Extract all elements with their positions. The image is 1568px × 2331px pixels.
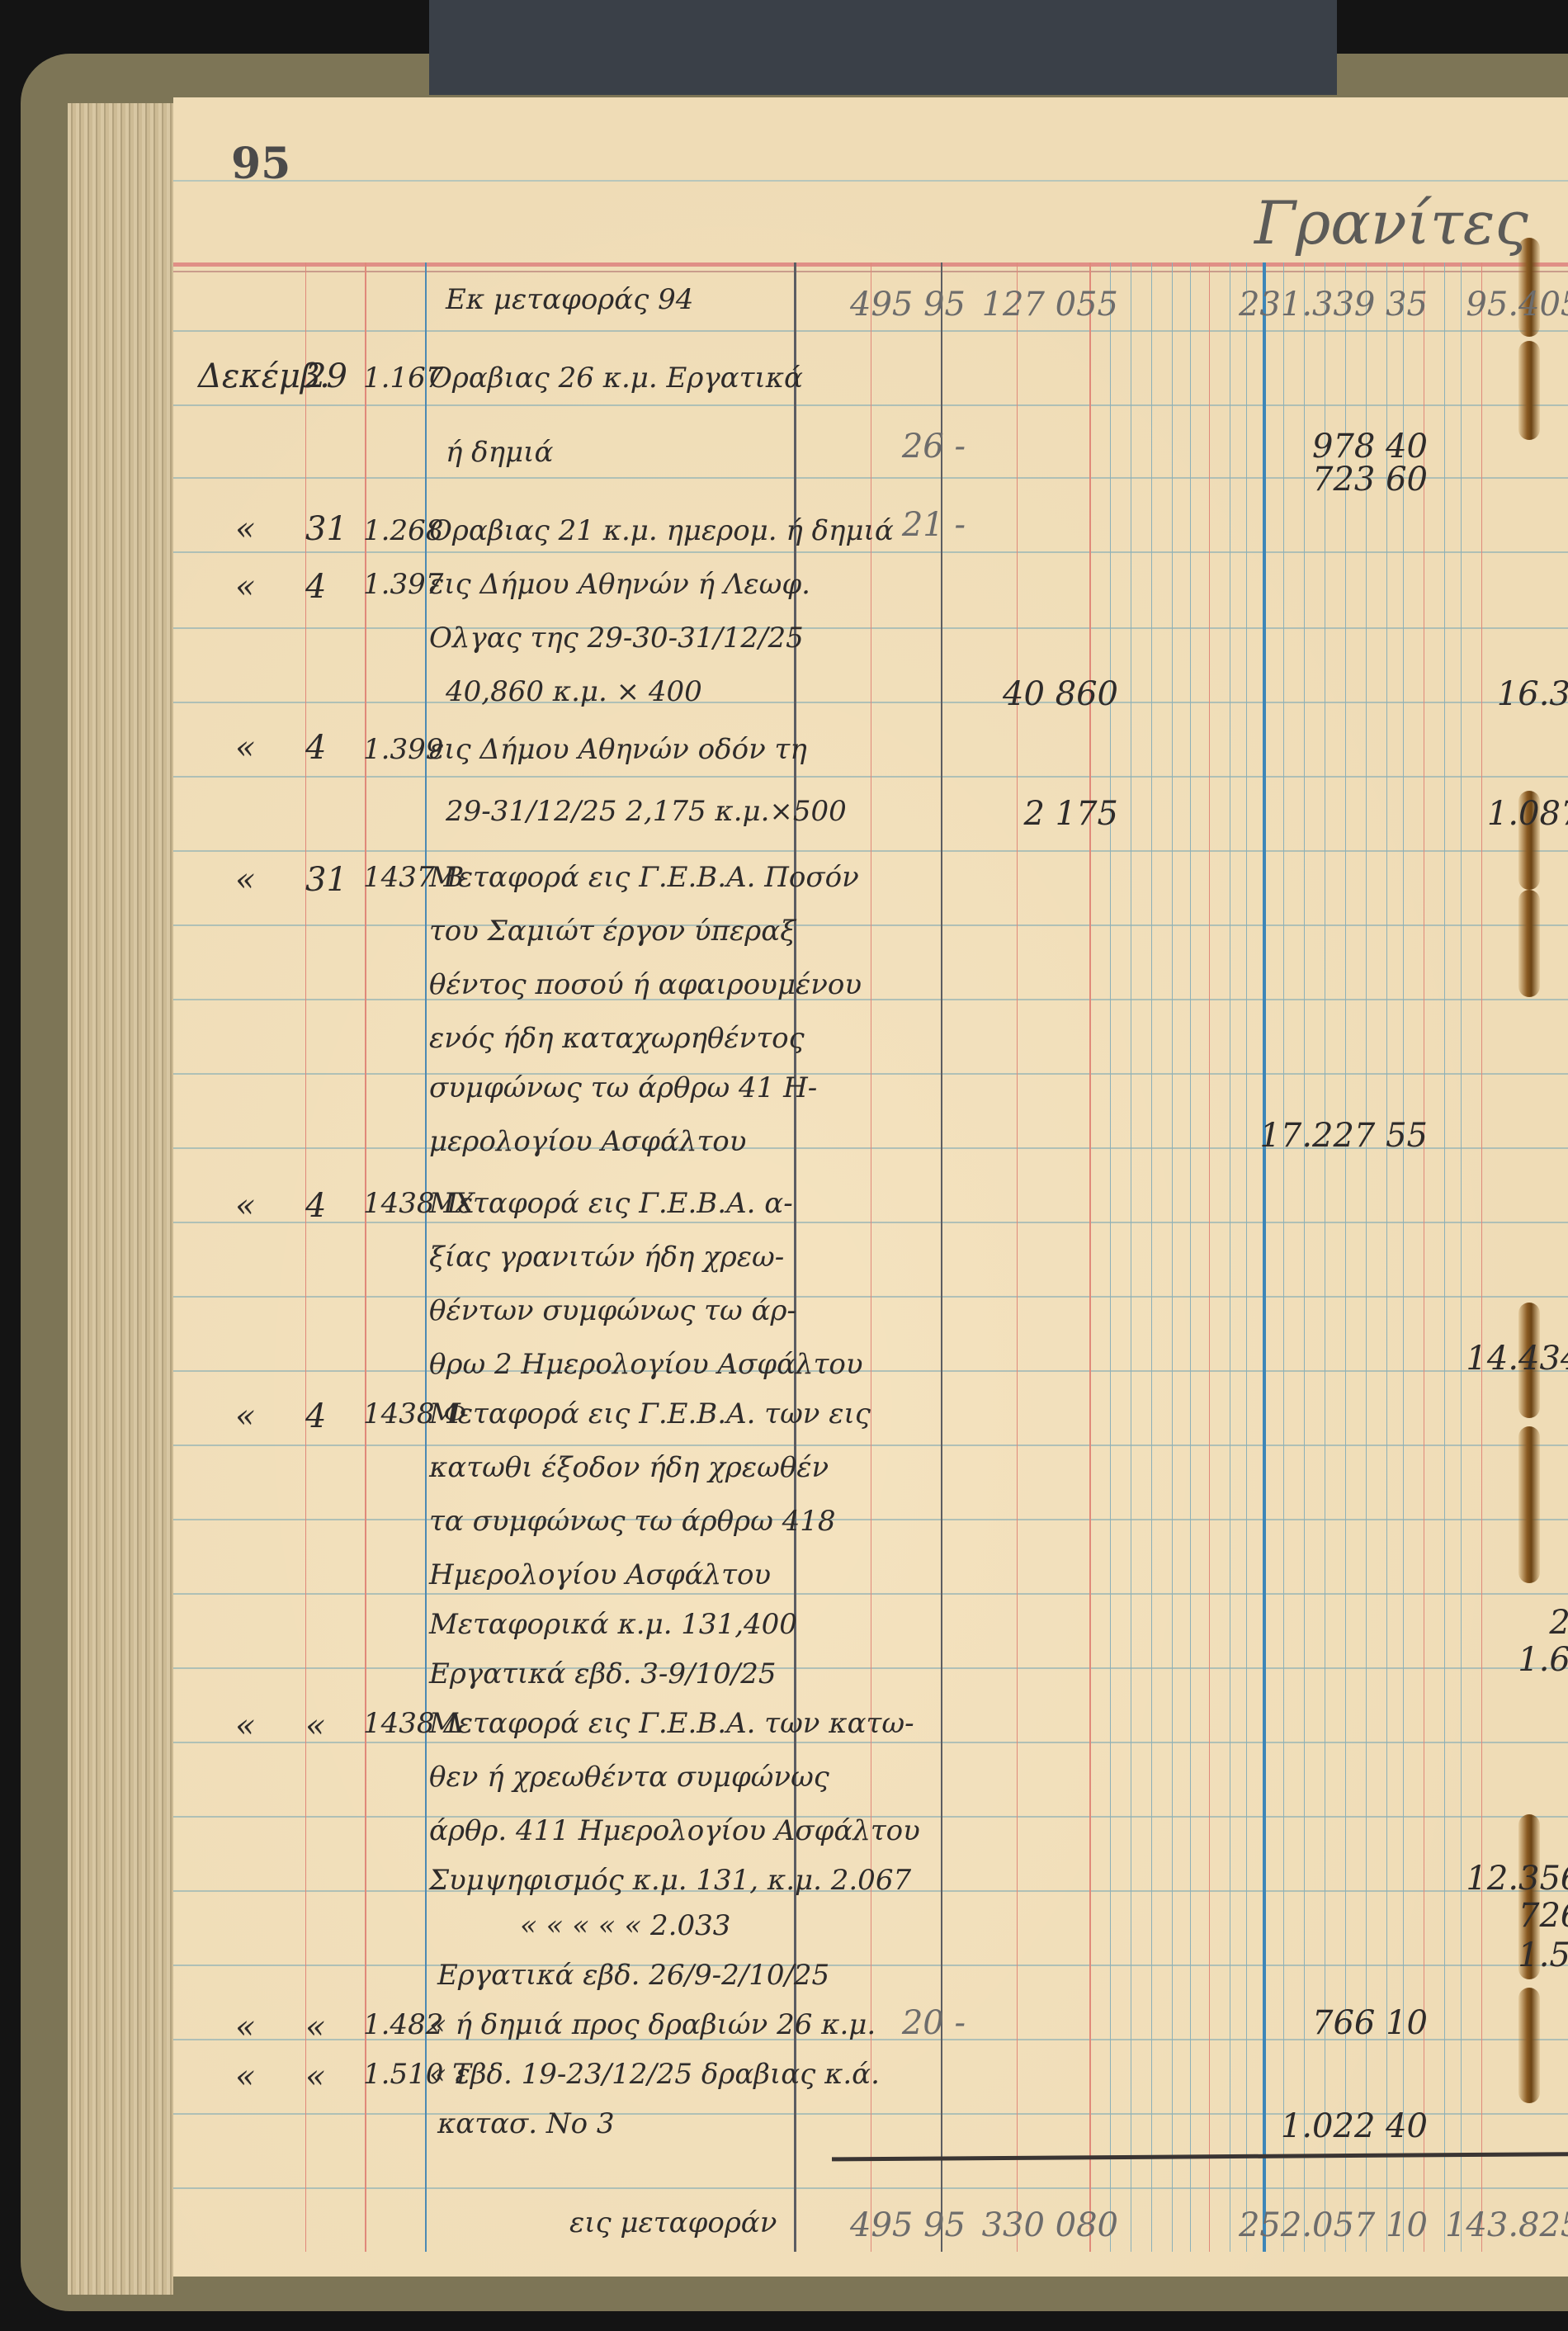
carried-forward-col-a: 495 95	[817, 286, 966, 324]
entry-desc-line: συμφώνως τω άρθρω 41 Η-	[429, 1071, 817, 1104]
entry-month: «	[235, 861, 255, 899]
page-edges	[68, 103, 173, 2295]
entry-col-b: 40 860	[961, 675, 1118, 713]
entry-col-d: 1.087 50	[1444, 795, 1568, 833]
entry-desc-line: « ή δημιά προς δραβιών 26 κ.μ.	[429, 2008, 876, 2041]
entry-desc-line: Εργατικά εβδ. 3-9/10/25	[429, 1657, 776, 1690]
totals-label: εις μεταφοράν	[569, 2206, 777, 2239]
entry-day: 29	[305, 357, 347, 395]
entry-desc-line: εις Δήμου Αθηνών οδόν τη	[429, 733, 807, 766]
entry-desc-line: Ολγας της 29-30-31/12/25	[429, 622, 804, 655]
entry-desc-line: Μεταφορικά κ.μ. 131,400	[429, 1608, 797, 1641]
totals-col-c: 252.057 10	[1122, 2206, 1428, 2244]
ledger-page: 95 Γρανίτες Εκ μεταφοράς 94 495 95 127 0…	[173, 97, 1568, 2277]
entry-month: «	[235, 2008, 255, 2046]
entry-day: «	[305, 1707, 325, 1745]
entry-desc-line: τα συμφώνως τω άρθρω 418	[429, 1505, 836, 1538]
entry-col-c: 766 10	[1122, 2004, 1428, 2042]
entry-day: «	[305, 2058, 325, 2096]
entry-desc-line: εις Δήμου Αθηνών ή Λεωφ.	[429, 568, 810, 601]
carried-forward-col-b: 127 055	[961, 286, 1118, 324]
page-number: 95	[231, 139, 290, 189]
spine-tape	[429, 0, 1337, 95]
entry-desc-line: ξίας γρανιτών ήδη χρεω-	[429, 1241, 784, 1274]
entry-desc-line: 40,860 κ.μ. × 400	[446, 675, 702, 708]
entry-col-d: 1.585 -	[1444, 1936, 1568, 1974]
entry-desc-line: άρθρ. 411 Ημερολογίου Ασφάλτου	[429, 1814, 920, 1847]
entry-desc-line: θέντος ποσού ή αφαιρουμένου	[429, 968, 862, 1001]
carried-forward-col-c: 231.339 35	[1122, 286, 1428, 324]
entry-col-d: 14.434 90	[1444, 1340, 1568, 1378]
totals-col-b: 330 080	[961, 2206, 1118, 2244]
entry-day: 31	[305, 510, 347, 548]
entry-day: 4	[305, 1397, 326, 1435]
entry-desc-line: Μεταφορά εις Γ.Ε.Β.Α. των εις	[429, 1397, 871, 1430]
entry-desc-line: του Σαμιώτ έργον ύπεραξ	[429, 915, 796, 948]
entry-col-d: 200 -	[1444, 1604, 1568, 1642]
entry-day: «	[305, 2008, 325, 2046]
totals-col-a: 495 95	[817, 2206, 966, 2244]
totals-col-d: 143.825 45	[1444, 2206, 1568, 2244]
entry-day: 31	[305, 861, 347, 899]
entry-month: «	[235, 1397, 255, 1435]
entry-col-c: 17.227 55	[1122, 1117, 1428, 1155]
entry-month: «	[235, 510, 255, 548]
entry-col-a: 20 -	[817, 2004, 966, 2042]
entry-desc-line: θεν ή χρεωθέντα συμφώνως	[429, 1761, 829, 1794]
entry-desc-line: θρω 2 Ημερολογίου Ασφάλτου	[429, 1348, 863, 1381]
entry-month: «	[235, 729, 255, 767]
entry-desc-line: Μεταφορά εις Γ.Ε.Β.Α. Ποσόν	[429, 861, 859, 894]
entry-col-d: 16.344 -	[1444, 675, 1568, 713]
carried-forward-label: Εκ μεταφοράς 94	[446, 283, 693, 316]
entry-col-b: 2 175	[961, 795, 1118, 833]
entry-col-d: 1.685 -	[1444, 1641, 1568, 1679]
entry-desc-line: μερολογίου Ασφάλτου	[429, 1125, 746, 1158]
entry-desc-line: Οραβιας 26 κ.μ. Εργατικά	[429, 362, 803, 395]
entry-desc-line: κατασ. Νο 3	[437, 2107, 615, 2140]
entry-desc-line: Ημερολογίου Ασφάλτου	[429, 1558, 771, 1591]
entry-month: «	[235, 2058, 255, 2096]
entry-day: 4	[305, 568, 326, 606]
entry-col-a: 21 -	[817, 506, 966, 544]
entry-desc-line: 29-31/12/25 2,175 κ.μ.×500	[446, 795, 847, 828]
entry-month: «	[235, 1187, 255, 1225]
account-title: Γρανίτες	[1254, 188, 1528, 258]
entry-desc-line: Μεταφορά εις Γ.Ε.Β.Α. α-	[429, 1187, 793, 1220]
entry-month: «	[235, 1707, 255, 1745]
entry-day: 4	[305, 729, 326, 767]
carried-forward-col-d: 95.405 60	[1444, 286, 1568, 324]
entry-col-d: 726 75	[1444, 1897, 1568, 1935]
entry-desc-line: θέντων συμφώνως τω άρ-	[429, 1294, 796, 1327]
entry-desc-line: « « « « « 2.033	[520, 1909, 730, 1942]
entry-col-d: 12.356 70	[1444, 1860, 1568, 1898]
entry-desc-line: « εβδ. 19-23/12/25 δραβιας κ.ά.	[429, 2058, 880, 2091]
entry-desc-line: Μεταφορά εις Γ.Ε.Β.Α. των κατω-	[429, 1707, 914, 1740]
entry-col-a: 26 -	[817, 428, 966, 466]
entry-desc-line: κατωθι έξοδον ήδη χρεωθέν	[429, 1451, 829, 1484]
entry-desc-line: ή δημιά	[446, 436, 553, 469]
entry-month: «	[235, 568, 255, 606]
entry-desc-line: Εργατικά εβδ. 26/9-2/10/25	[437, 1959, 829, 1992]
entry-col-c: 723 60	[1122, 461, 1428, 499]
entry-desc-line: ενός ήδη καταχωρηθέντος	[429, 1022, 805, 1055]
entry-desc-line: Συμψηφισμός κ.μ. 131, κ.μ. 2.067	[429, 1864, 911, 1897]
entry-col-c: 1.022 40	[1122, 2107, 1428, 2145]
entry-day: 4	[305, 1187, 326, 1225]
